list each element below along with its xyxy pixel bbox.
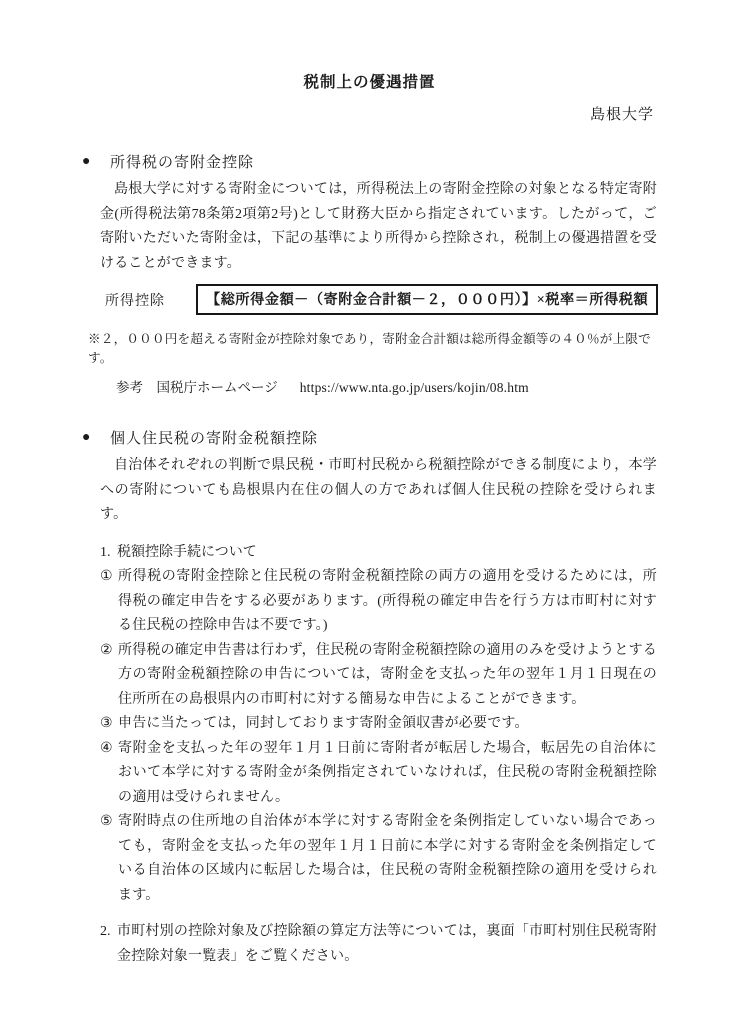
item-text: 申告に当たっては，同封しております寄附金領収書が必要です。 [118,712,657,737]
page-title: 税制上の優遇措置 [82,0,657,92]
university-name: 島根大学 [82,103,657,124]
item-text: 寄附金を支払った年の翌年１月１日前に寄附者が転居した場合，転居先の自治体において… [118,737,657,811]
reference-label: 参考 国税庁ホームページ [116,376,278,396]
procedures-list: 1. 税額控除手続について ① 所得税の寄附金控除と住民税の寄附金税額控除の両方… [100,541,657,970]
item-marker: ④ [100,737,118,811]
item-text: 所得税の確定申告書は行わず，住民税の寄附金税額控除の適用のみを受けようとする方の… [118,639,657,713]
list-item: ③ 申告に当たっては，同封しております寄附金領収書が必要です。 [100,712,657,737]
document-page: 税制上の優遇措置 島根大学 ● 所得税の寄附金控除 島根大学に対する寄附金につい… [0,0,736,1036]
item-marker: ① [100,565,118,639]
item-marker: ③ [100,712,118,737]
bullet-icon: ● [82,155,110,169]
section-heading-label: 個人住民税の寄附金税額控除 [110,427,318,448]
list-item: ① 所得税の寄附金控除と住民税の寄附金税額控除の両方の適用を受けるためには，所得… [100,565,657,639]
deduction-label: 所得控除 [105,290,196,310]
list-number: 1. [100,541,117,566]
deduction-note: ※２，０００円を超える寄附金が控除対象であり，寄附金合計額は総所得金額等の４０％… [88,328,657,366]
item-marker: ② [100,639,118,713]
deduction-formula-box: 【総所得金額－（寄附金合計額－２，０００円）】×税率＝所得税額 [196,284,658,315]
item-text: 所得税の寄附金控除と住民税の寄附金税額控除の両方の適用を受けるためには，所得税の… [118,565,657,639]
reference-url-link[interactable]: https://www.nta.go.jp/users/kojin/08.htm [300,380,529,396]
bullet-icon: ● [82,431,110,445]
resident-tax-paragraph: 自治体それぞれの判断で県民税・市町村民税から税額控除ができる制度により，本学への… [100,454,657,528]
procedures-title: 税額控除手続について [117,541,257,566]
section-heading-label: 所得税の寄附金控除 [110,151,254,172]
item-text: 寄附時点の住所地の自治体が本学に対する寄附金を条例指定していない場合であっても，… [118,810,657,908]
income-tax-paragraph: 島根大学に対する寄附金については，所得税法上の寄附金控除の対象となる特定寄附金(… [100,178,657,276]
procedures-title-row: 1. 税額控除手続について [100,541,657,566]
list-number: 2. [100,920,117,969]
municipal-note-text: 市町村別の控除対象及び控除額の算定方法等については，裏面「市町村別住民税寄附金控… [117,920,657,969]
municipal-note-row: 2. 市町村別の控除対象及び控除額の算定方法等については，裏面「市町村別住民税寄… [100,920,657,969]
list-item: ② 所得税の確定申告書は行わず，住民税の寄附金税額控除の適用のみを受けようとする… [100,639,657,713]
reference-row: 参考 国税庁ホームページ https://www.nta.go.jp/users… [116,376,657,396]
deduction-formula-row: 所得控除 【総所得金額－（寄附金合計額－２，０００円）】×税率＝所得税額 [105,284,657,315]
item-marker: ⑤ [100,810,118,908]
list-item: ⑤ 寄附時点の住所地の自治体が本学に対する寄附金を条例指定していない場合であって… [100,810,657,908]
section-resident-tax-heading: ● 個人住民税の寄附金税額控除 [82,427,657,448]
section-income-tax-heading: ● 所得税の寄附金控除 [82,151,657,172]
list-item: ④ 寄附金を支払った年の翌年１月１日前に寄附者が転居した場合，転居先の自治体にお… [100,737,657,811]
